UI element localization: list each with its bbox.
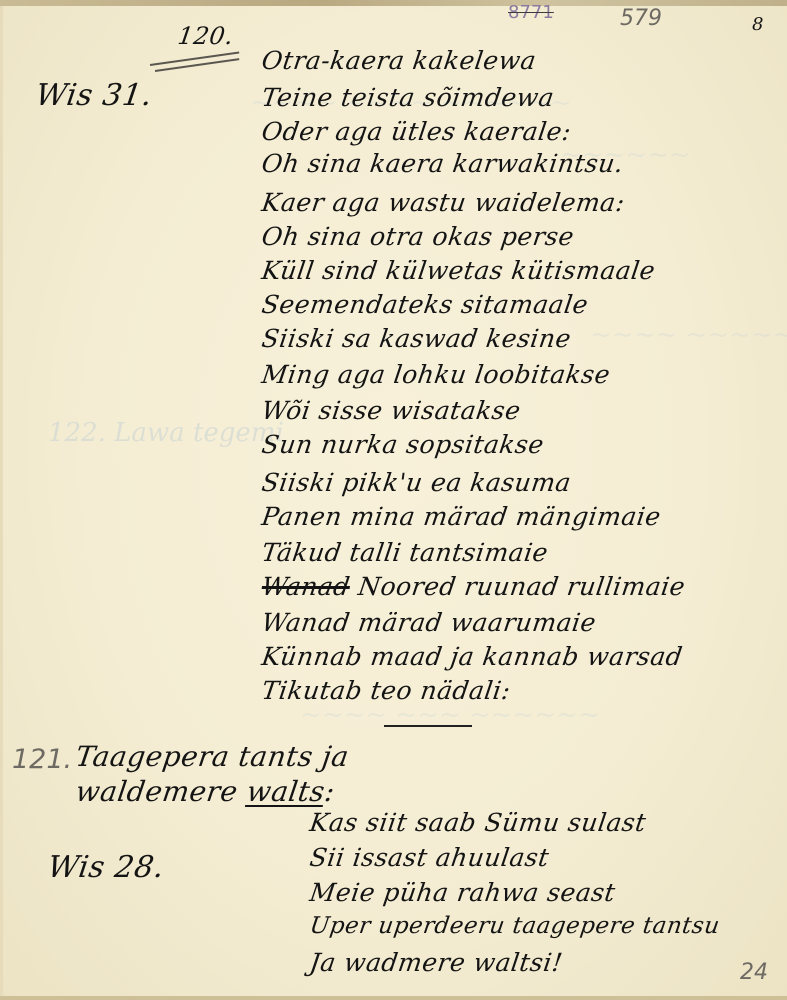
paper-top-edge (0, 0, 787, 6)
verse-line: Ja wadmere waltsi! (308, 948, 565, 977)
verse-line: Wanad Noored ruunad rullimaie (260, 572, 687, 601)
verse-line: Wanad märad waarumaie (260, 608, 598, 637)
verse-line: Kas siit saab Sümu sulast (308, 808, 648, 837)
verse-line: Otra-kaera kakelewa (260, 46, 538, 75)
song-120-number: 120. (176, 22, 235, 50)
verse-line: Meie püha rahwa seast (308, 878, 617, 907)
verse-line: Tikutab teo nädali: (260, 676, 513, 705)
manuscript-page: 122. Lawa tegemi ~~~~ ~~~~ ~~~~~~ ~~~~~~… (0, 0, 787, 1000)
verse-line: Oh sina otra okas perse (260, 222, 576, 251)
title-text: waldemere (74, 775, 250, 808)
song-121-number: 121. (12, 744, 72, 775)
archive-number: 579 (620, 6, 662, 31)
song-121-date-note: Wis 28. (46, 850, 167, 885)
verse-line: Seemendateks sitamaale (260, 290, 590, 319)
double-underline (155, 58, 239, 71)
verse-line: Sun nurka sopsitakse (260, 430, 546, 459)
underlined-word: walts (245, 775, 327, 808)
verse-line: Teine teista sõimdewa (260, 83, 556, 112)
verse-line: Küll sind külwetas kütismaale (260, 256, 657, 285)
verse-line-text: Noored ruunad rullimaie (356, 572, 687, 601)
verse-line: Ming aga lohku loobitakse (260, 360, 612, 389)
song-121-title-line2: waldemere walts: (74, 775, 337, 808)
verse-line: Siiski pikk'u ea kasuma (260, 468, 573, 497)
bleed-through-heading: 122. Lawa tegemi (48, 418, 284, 448)
song-120-date-note: Wis 31. (34, 78, 155, 113)
verse-line: Wõi sisse wisatakse (260, 396, 523, 425)
page-number: 8 (752, 14, 763, 35)
corner-number: 24 (740, 960, 768, 985)
verse-line: Künnab maad ja kannab warsad (260, 642, 685, 671)
verse-line: Kaer aga wastu waidelema: (260, 188, 627, 217)
verse-line: Oder aga ütles kaerale: (260, 117, 573, 146)
archive-number-struck: 8771 (508, 2, 554, 23)
verse-line: Uper uperdeeru taagepere tantsu (308, 913, 721, 939)
verse-line: Oh sina kaera karwakintsu. (260, 149, 626, 178)
verse-line: Sii issast ahuulast (308, 843, 551, 872)
bleed-through-text: ~~~~ ~~~~~ (590, 320, 787, 350)
verse-line: Panen mina märad mängimaie (260, 502, 663, 531)
verse-line: Siiski sa kaswad kesine (260, 324, 573, 353)
verse-line: Täkud talli tantsimaie (260, 538, 550, 567)
section-divider (384, 725, 472, 727)
struck-word: Wanad (260, 572, 352, 601)
song-121-title-line1: Taagepera tants ja (74, 740, 351, 773)
